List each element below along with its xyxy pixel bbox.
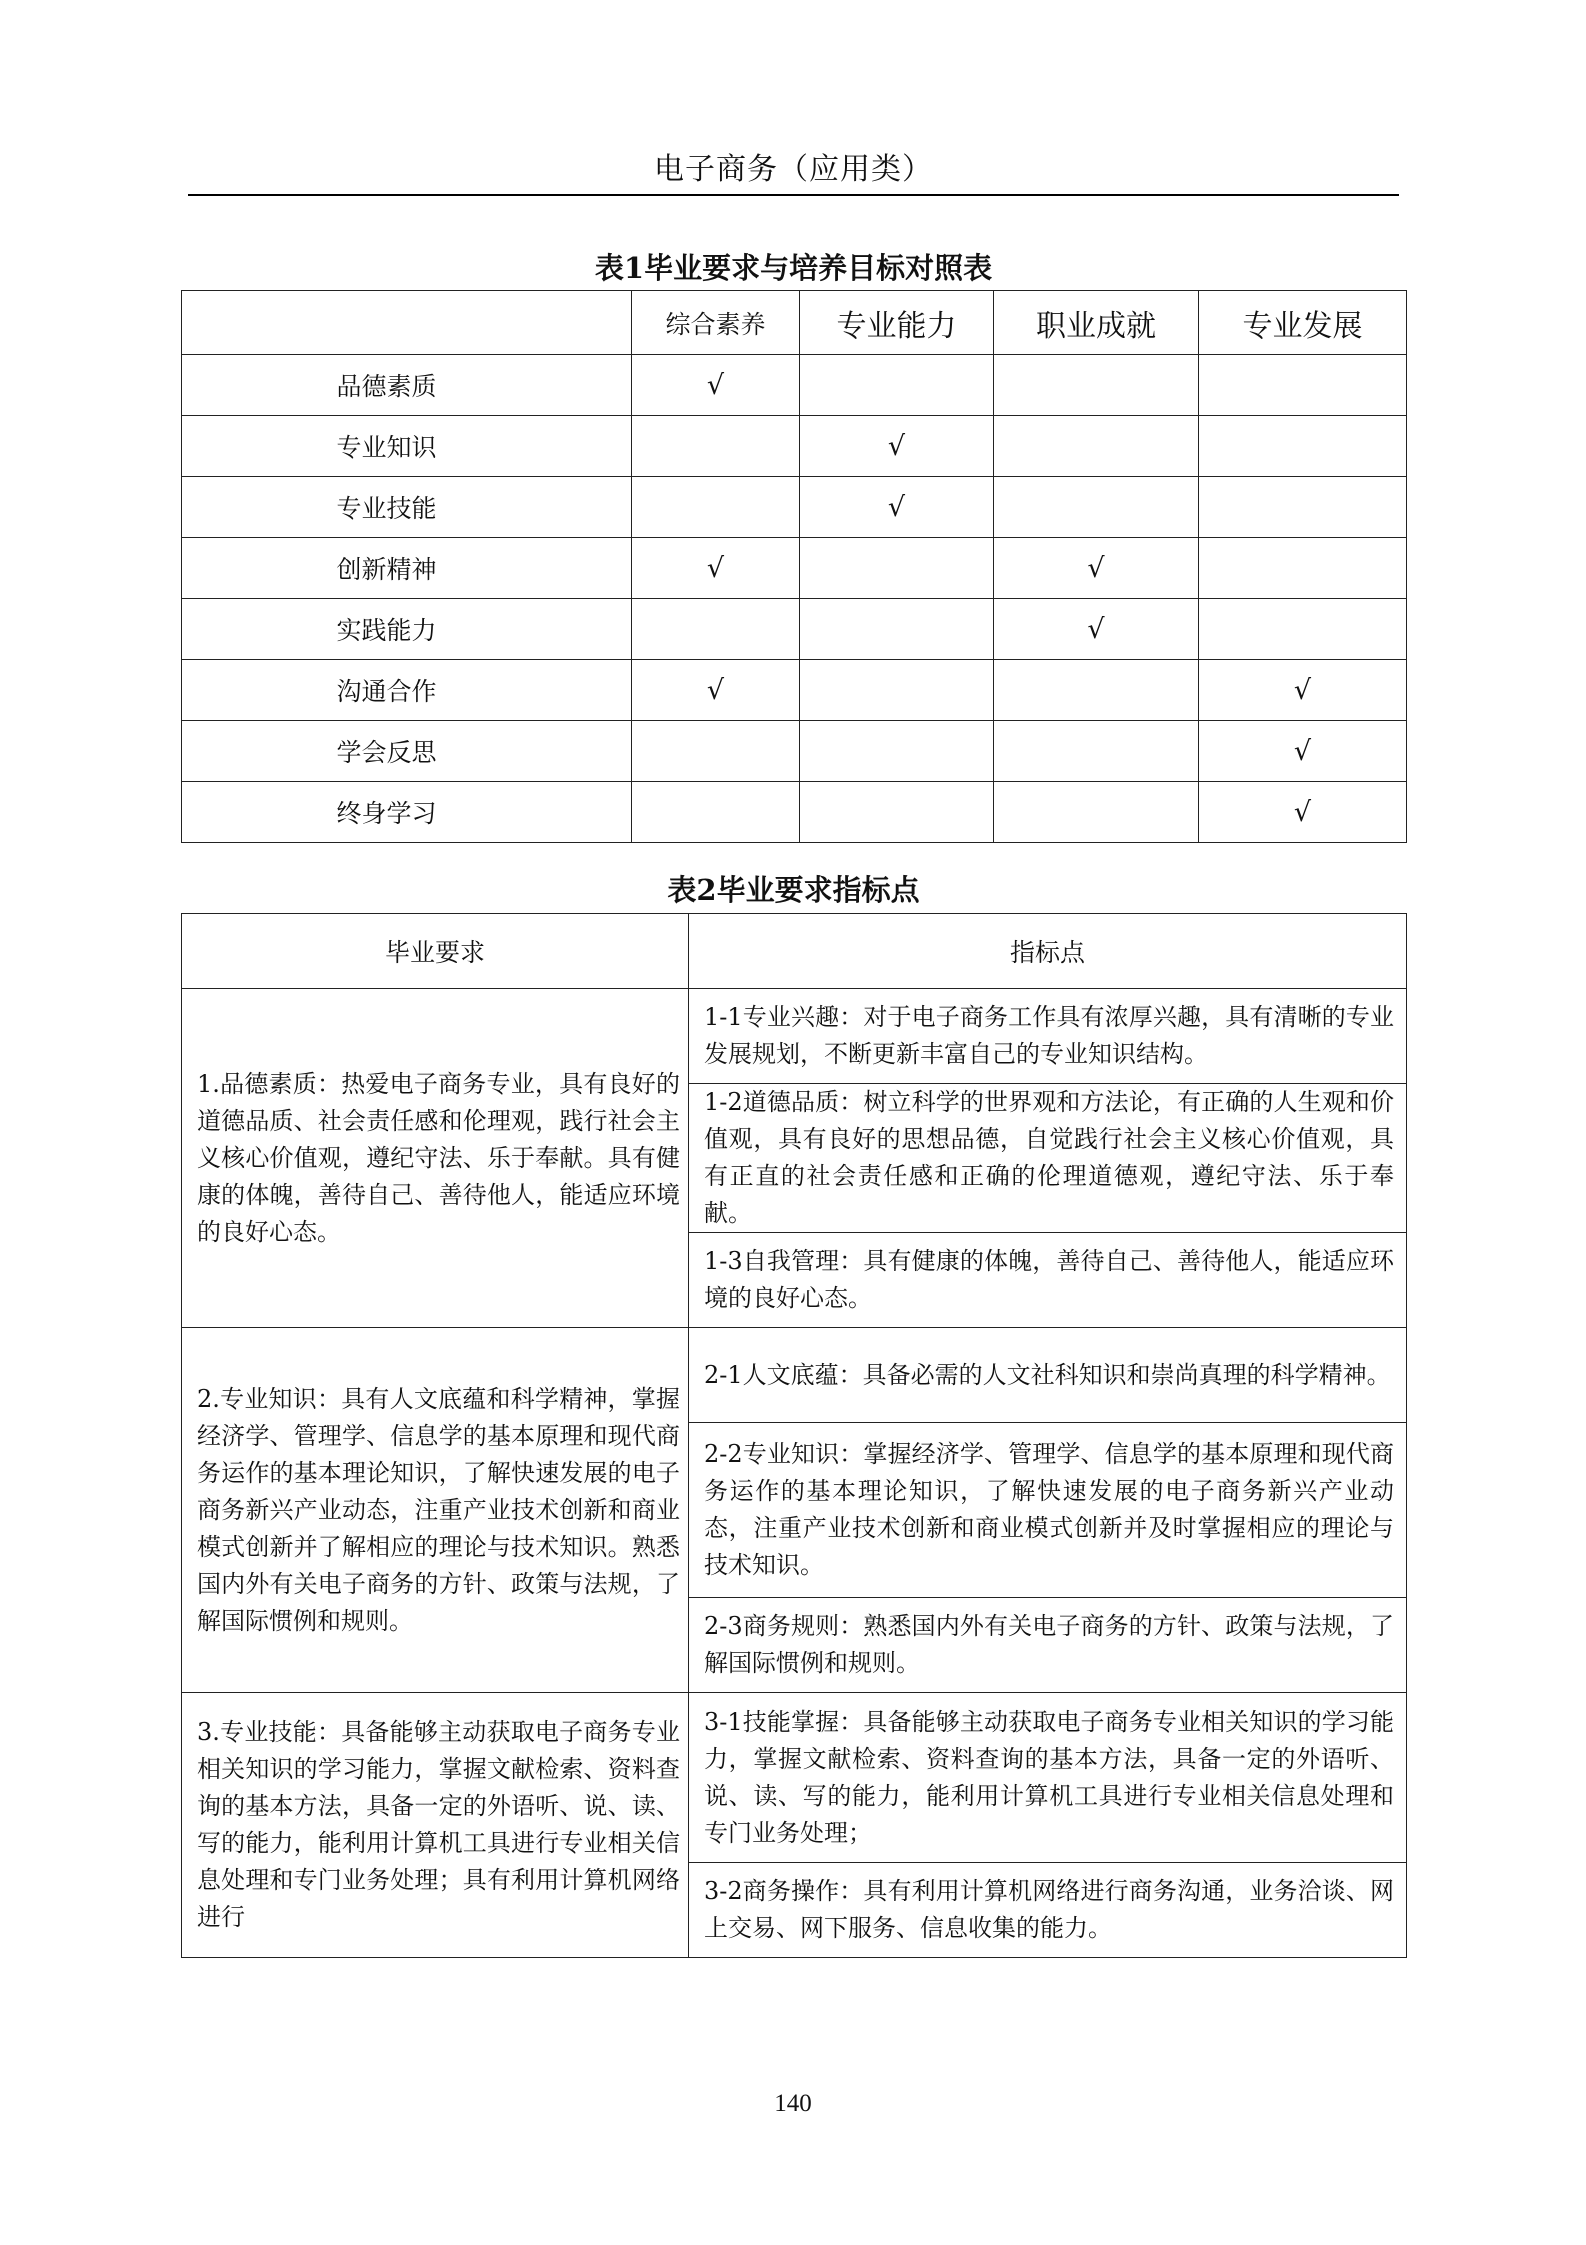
table1-cell: √ xyxy=(1199,660,1407,721)
check-mark-icon: √ xyxy=(1294,736,1311,767)
table1-cell xyxy=(994,416,1199,477)
table1-cell xyxy=(632,782,800,843)
check-mark-icon: √ xyxy=(1087,614,1104,645)
indicator-point-cell: 2-2专业知识：掌握经济学、管理学、信息学的基本原理和现代商务运作的基本理论知识… xyxy=(689,1423,1407,1598)
table1-cell: √ xyxy=(994,538,1199,599)
check-mark-icon: √ xyxy=(707,553,724,584)
check-mark-icon: √ xyxy=(888,492,905,523)
table1-row: 品德素质√ xyxy=(182,355,1407,416)
table1-caption: 表1毕业要求与培养目标对照表 xyxy=(181,250,1406,286)
table1-cell xyxy=(632,721,800,782)
graduation-objective-matrix-table: 综合素养 专业能力 职业成就 专业发展 品德素质√专业知识√专业技能√创新精神√… xyxy=(181,290,1407,843)
indicator-point-cell: 1-3自我管理：具有健康的体魄，善待自己、善待他人，能适应环境的良好心态。 xyxy=(689,1233,1407,1328)
table1-row: 实践能力√ xyxy=(182,599,1407,660)
graduation-requirement-cell: 3.专业技能：具备能够主动获取电子商务专业相关知识的学习能力，掌握文献检索、资料… xyxy=(182,1693,689,1958)
table1-cell xyxy=(800,660,994,721)
table2-caption: 表2毕业要求指标点 xyxy=(181,872,1406,908)
table1-row: 专业知识√ xyxy=(182,416,1407,477)
graduation-requirement-indicators-table: 毕业要求 指标点 1.品德素质：热爱电子商务专业，具有良好的道德品质、社会责任感… xyxy=(181,913,1407,1958)
indicator-point-cell: 1-2道德品质：树立科学的世界观和方法论，有正确的人生观和价值观，具有良好的思想… xyxy=(689,1084,1407,1233)
table1-row: 创新精神√√ xyxy=(182,538,1407,599)
table1-cell: √ xyxy=(632,660,800,721)
table1-cell: √ xyxy=(1199,782,1407,843)
indicator-point-cell: 3-2商务操作：具有利用计算机网络进行商务沟通，业务洽谈、网上交易、网下服务、信… xyxy=(689,1863,1407,1958)
table1-cell xyxy=(994,477,1199,538)
table1-row-label: 创新精神 xyxy=(182,538,632,599)
table1-cell: √ xyxy=(800,416,994,477)
table1-header-corner xyxy=(182,291,632,355)
indicator-point-cell: 2-3商务规则：熟悉国内外有关电子商务的方针、政策与法规，了解国际惯例和规则。 xyxy=(689,1598,1407,1693)
table1-cell xyxy=(1199,355,1407,416)
graduation-requirement-cell: 2.专业知识：具有人文底蕴和科学精神，掌握经济学、管理学、信息学的基本原理和现代… xyxy=(182,1328,689,1693)
table1-cell xyxy=(632,416,800,477)
table2-row: 2.专业知识：具有人文底蕴和科学精神，掌握经济学、管理学、信息学的基本原理和现代… xyxy=(182,1328,1407,1423)
table1-cell xyxy=(994,660,1199,721)
table1-row: 终身学习√ xyxy=(182,782,1407,843)
table2-header-requirement: 毕业要求 xyxy=(182,914,689,989)
table1-cell xyxy=(1199,416,1407,477)
indicator-point-cell: 2-1人文底蕴：具备必需的人文社科知识和崇尚真理的科学精神。 xyxy=(689,1328,1407,1423)
indicator-point-cell: 3-1技能掌握：具备能够主动获取电子商务专业相关知识的学习能力，掌握文献检索、资… xyxy=(689,1693,1407,1863)
table1-cell xyxy=(800,599,994,660)
check-mark-icon: √ xyxy=(888,431,905,462)
table1-row-label: 专业知识 xyxy=(182,416,632,477)
table1-row: 学会反思√ xyxy=(182,721,1407,782)
check-mark-icon: √ xyxy=(1294,675,1311,706)
table1-cell xyxy=(994,721,1199,782)
check-mark-icon: √ xyxy=(1087,553,1104,584)
table2-row: 1.品德素质：热爱电子商务专业，具有良好的道德品质、社会责任感和伦理观，践行社会… xyxy=(182,989,1407,1084)
table1-row-label: 终身学习 xyxy=(182,782,632,843)
table2-header-row: 毕业要求 指标点 xyxy=(182,914,1407,989)
table1-cell: √ xyxy=(632,538,800,599)
running-head: 电子商务（应用类） xyxy=(188,150,1399,190)
table2-header-indicator: 指标点 xyxy=(689,914,1407,989)
table1-cell xyxy=(1199,538,1407,599)
table1-cell xyxy=(632,599,800,660)
table1-cell xyxy=(994,355,1199,416)
header-rule xyxy=(188,194,1399,196)
page-number: 140 xyxy=(0,2090,1586,2118)
table1-cell: √ xyxy=(1199,721,1407,782)
indicator-point-cell: 1-1专业兴趣：对于电子商务工作具有浓厚兴趣，具有清晰的专业发展规划，不断更新丰… xyxy=(689,989,1407,1084)
table1-row-label: 品德素质 xyxy=(182,355,632,416)
table1-cell xyxy=(800,538,994,599)
table1-row-label: 专业技能 xyxy=(182,477,632,538)
table1-row-label: 实践能力 xyxy=(182,599,632,660)
table1-cell xyxy=(800,721,994,782)
table1-header-professional-ability: 专业能力 xyxy=(800,291,994,355)
check-mark-icon: √ xyxy=(1294,797,1311,828)
table1-cell xyxy=(800,782,994,843)
table1-header-row: 综合素养 专业能力 职业成就 专业发展 xyxy=(182,291,1407,355)
graduation-requirement-cell: 1.品德素质：热爱电子商务专业，具有良好的道德品质、社会责任感和伦理观，践行社会… xyxy=(182,989,689,1328)
table1-cell xyxy=(632,477,800,538)
table1-row: 专业技能√ xyxy=(182,477,1407,538)
table1-header-comprehensive-quality: 综合素养 xyxy=(632,291,800,355)
check-mark-icon: √ xyxy=(707,370,724,401)
table1-header-professional-development: 专业发展 xyxy=(1199,291,1407,355)
table1-cell xyxy=(800,355,994,416)
table1-row-label: 沟通合作 xyxy=(182,660,632,721)
table2-row: 3.专业技能：具备能够主动获取电子商务专业相关知识的学习能力，掌握文献检索、资料… xyxy=(182,1693,1407,1863)
table1-cell xyxy=(1199,477,1407,538)
table1-cell xyxy=(994,782,1199,843)
table1-header-career-achievement: 职业成就 xyxy=(994,291,1199,355)
table1-cell: √ xyxy=(632,355,800,416)
table1-cell xyxy=(1199,599,1407,660)
table1-row-label: 学会反思 xyxy=(182,721,632,782)
table1-cell: √ xyxy=(800,477,994,538)
check-mark-icon: √ xyxy=(707,675,724,706)
table1-cell: √ xyxy=(994,599,1199,660)
table1-row: 沟通合作√√ xyxy=(182,660,1407,721)
